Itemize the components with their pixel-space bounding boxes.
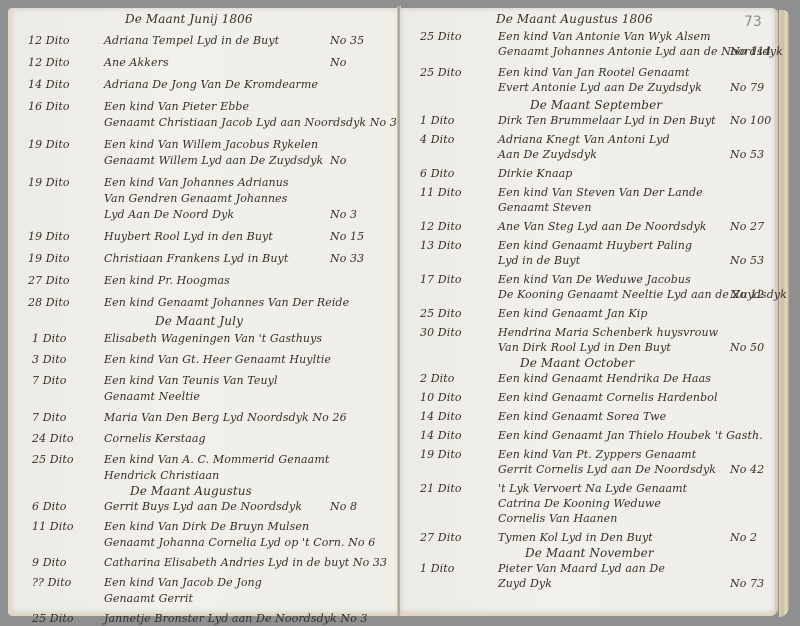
- entry-text: Aan De Zuydsdyk: [498, 148, 597, 161]
- entry-number: No 27: [730, 220, 764, 233]
- entry-text: Genaamt Willem Lyd aan De Zuydsdyk: [104, 154, 323, 167]
- entry-text: Genaamt Christiaan Jacob Lyd aan Noordsd…: [104, 116, 397, 129]
- entry-number: No 42: [730, 463, 764, 476]
- entry-text: Adriana Knegt Van Antoni Lyd: [498, 133, 670, 146]
- entry-date: 3 Dito: [32, 353, 66, 366]
- entry-text: Adriana De Jong Van De Kromdearme: [104, 78, 318, 91]
- entry-text: Een kind Van Johannes Adrianus: [104, 176, 289, 189]
- entry-date: 25 Dito: [420, 66, 462, 79]
- page-number: 73: [744, 14, 762, 30]
- entry-date: 1 Dito: [420, 114, 454, 127]
- entry-text: Een kind Van Dirk De Bruyn Mulsen: [104, 520, 309, 533]
- entry-number: No 79: [730, 81, 764, 94]
- entry-text: Een kind Genaamt Jan Thielo Houbek 't Ga…: [498, 429, 763, 442]
- entry-text: Pieter Van Maard Lyd aan De: [498, 562, 665, 575]
- month-heading: De Maant September: [530, 98, 662, 112]
- entry-date: 10 Dito: [420, 391, 462, 404]
- entry-date: ?? Dito: [32, 576, 71, 589]
- entry-date: 14 Dito: [420, 429, 462, 442]
- entry-text: Een kind Van Steven Van Der Lande: [498, 186, 703, 199]
- entry-text: Een kind Van Antonie Van Wyk Alsem: [498, 30, 711, 43]
- entry-text: Genaamt Gerrit: [104, 592, 193, 605]
- entry-text: Lyd Aan De Noord Dyk: [104, 208, 234, 221]
- entry-number: No 53: [730, 148, 764, 161]
- entry-text: Van Dirk Rool Lyd in Den Buyt: [498, 341, 671, 354]
- entry-number: No 73: [730, 577, 764, 590]
- entry-text: Een kind Van Jacob De Jong: [104, 576, 262, 589]
- entry-date: 1 Dito: [32, 332, 66, 345]
- entry-date: 25 Dito: [420, 30, 462, 43]
- entry-text: Een kind Genaamt Huybert Paling: [498, 239, 692, 252]
- entry-date: 1 Dito: [420, 562, 454, 575]
- entry-number: No 100: [730, 114, 771, 127]
- entry-text: Jannetje Bronster Lyd aan De Noordsdyk N…: [104, 612, 368, 625]
- entry-text: Ane Akkers: [104, 56, 169, 69]
- entry-text: 't Lyk Vervoert Na Lyde Genaamt: [498, 482, 687, 495]
- entry-date: 16 Dito: [28, 100, 70, 113]
- entry-date: 25 Dito: [32, 612, 74, 625]
- entry-date: 19 Dito: [28, 138, 70, 151]
- entry-date: 21 Dito: [420, 482, 462, 495]
- entry-date: 27 Dito: [28, 274, 70, 287]
- entry-date: 12 Dito: [420, 220, 462, 233]
- entry-text: Tymen Kol Lyd in Den Buyt: [498, 531, 653, 544]
- entry-date: 19 Dito: [28, 252, 70, 265]
- entry-text: Catrina De Kooning Weduwe: [498, 497, 661, 510]
- entry-text: Een kind Van Pieter Ebbe: [104, 100, 249, 113]
- entry-text: Genaamt Neeltie: [104, 390, 200, 403]
- entry-date: 28 Dito: [28, 296, 70, 309]
- entry-text: Evert Antonie Lyd aan De Zuydsdyk: [498, 81, 702, 94]
- entry-date: 6 Dito: [32, 500, 66, 513]
- entry-text: Een kind Genaamt Jan Kip: [498, 307, 648, 320]
- entry-text: Genaamt Johanna Cornelia Lyd op 't Corn.…: [104, 536, 375, 549]
- entry-date: 19 Dito: [420, 448, 462, 461]
- entry-number: No 35: [330, 34, 364, 47]
- entry-number: No 50: [730, 341, 764, 354]
- entry-text: Huybert Rool Lyd in den Buyt: [104, 230, 273, 243]
- entry-number: No 15: [330, 230, 364, 243]
- month-heading: De Maant July: [155, 314, 243, 328]
- entry-text: Hendrick Christiaan: [104, 469, 219, 482]
- entry-number: No 53: [730, 254, 764, 267]
- entry-text: Maria Van Den Berg Lyd Noordsdyk No 26: [104, 411, 347, 424]
- month-heading: De Maant November: [525, 546, 654, 560]
- entry-date: 13 Dito: [420, 239, 462, 252]
- entry-number: No: [330, 56, 346, 69]
- entry-text: Een kind Genaamt Hendrika De Haas: [498, 372, 711, 385]
- entry-number: No 3: [330, 208, 357, 221]
- entry-text: Gerrit Cornelis Lyd aan De Noordsdyk: [498, 463, 716, 476]
- entry-date: 9 Dito: [32, 556, 66, 569]
- entry-date: 2 Dito: [420, 372, 454, 385]
- entry-date: 14 Dito: [28, 78, 70, 91]
- entry-text: Ane Van Steg Lyd aan De Noordsdyk: [498, 220, 707, 233]
- entry-date: 6 Dito: [420, 167, 454, 180]
- entry-text: Dirkie Knaap: [498, 167, 572, 180]
- entry-number: No 2: [730, 531, 757, 544]
- entry-text: Zuyd Dyk: [498, 577, 552, 590]
- entry-number: No: [330, 154, 346, 167]
- entry-text: Een kind Van Pt. Zyppers Genaamt: [498, 448, 696, 461]
- entry-date: 25 Dito: [32, 453, 74, 466]
- entry-date: 7 Dito: [32, 411, 66, 424]
- entry-date: 24 Dito: [32, 432, 74, 445]
- entry-text: Hendrina Maria Schenberk huysvrouw: [498, 326, 718, 339]
- entry-date: 19 Dito: [28, 176, 70, 189]
- entry-date: 17 Dito: [420, 273, 462, 286]
- entry-text: Een kind Genaamt Cornelis Hardenbol: [498, 391, 718, 404]
- entry-text: Een kind Genaamt Sorea Twe: [498, 410, 666, 423]
- entry-text: Lyd in de Buyt: [498, 254, 580, 267]
- entry-date: 12 Dito: [28, 34, 70, 47]
- entry-text: Christiaan Frankens Lyd in Buyt: [104, 252, 288, 265]
- month-heading: De Maant October: [520, 356, 634, 370]
- entry-text: Een kind Van De Weduwe Jacobus: [498, 273, 691, 286]
- entry-text: Een kind Pr. Hoogmas: [104, 274, 230, 287]
- entry-text: Catharina Elisabeth Andries Lyd in de bu…: [104, 556, 387, 569]
- entry-text: Een kind Van Willem Jacobus Rykelen: [104, 138, 318, 151]
- entry-text: Een kind Van Gt. Heer Genaamt Huyltie: [104, 353, 331, 366]
- entry-text: Cornelis Van Haanen: [498, 512, 617, 525]
- entry-text: Een kind Van A. C. Mommerid Genaamt: [104, 453, 329, 466]
- entry-date: 14 Dito: [420, 410, 462, 423]
- entry-text: Een kind Van Jan Rootel Genaamt: [498, 66, 689, 79]
- entry-date: 11 Dito: [420, 186, 462, 199]
- entry-text: Adriana Tempel Lyd in de Buyt: [104, 34, 279, 47]
- entry-number: No 12: [730, 288, 764, 301]
- month-heading: De Maant Augustus: [130, 484, 252, 498]
- entry-date: 30 Dito: [420, 326, 462, 339]
- entry-date: 12 Dito: [28, 56, 70, 69]
- month-heading: De Maant Junij 1806: [125, 12, 253, 26]
- entry-number: No 114: [730, 45, 771, 58]
- entry-date: 25 Dito: [420, 307, 462, 320]
- month-heading: De Maant Augustus 1806: [496, 12, 653, 26]
- entry-text: Cornelis Kerstaag: [104, 432, 206, 445]
- entry-text: Genaamt Steven: [498, 201, 592, 214]
- entry-date: 7 Dito: [32, 374, 66, 387]
- entry-text: Een kind Genaamt Johannes Van Der Reide: [104, 296, 349, 309]
- entry-text: Een kind Van Teunis Van Teuyl: [104, 374, 278, 387]
- entry-text: Van Gendren Genaamt Johannes: [104, 192, 288, 205]
- entry-date: 27 Dito: [420, 531, 462, 544]
- entry-date: 4 Dito: [420, 133, 454, 146]
- entry-text: Gerrit Buys Lyd aan De Noordsdyk: [104, 500, 302, 513]
- entry-text: Elisabeth Wageningen Van 't Gasthuys: [104, 332, 322, 345]
- entry-number: No 8: [330, 500, 357, 513]
- entry-text: Dirk Ten Brummelaar Lyd in Den Buyt: [498, 114, 716, 127]
- entry-number: No 33: [330, 252, 364, 265]
- entry-date: 19 Dito: [28, 230, 70, 243]
- entry-date: 11 Dito: [32, 520, 74, 533]
